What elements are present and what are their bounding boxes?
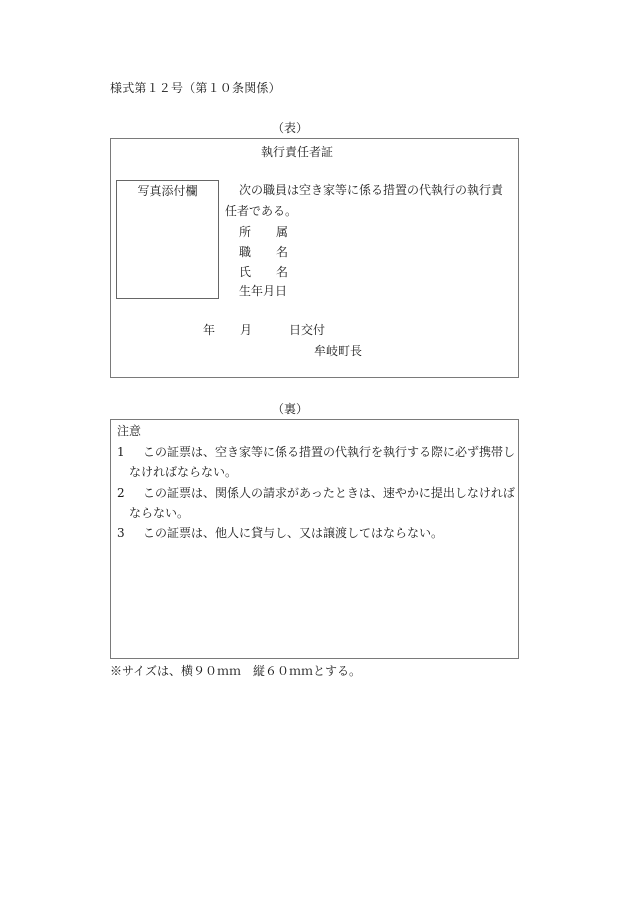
note-number: 2 [117, 487, 143, 499]
field-label-char: 氏 [239, 266, 255, 278]
note-item-2: 2この証票は、関係人の請求があったときは、速やかに提出しなければ [117, 487, 515, 499]
field-label-char: 職 [239, 246, 255, 258]
note-text: この証票は、空き家等に係る措置の代執行を執行する際に必ず携帯し [143, 445, 515, 459]
field-name: 氏名 [239, 266, 288, 278]
issuer: 牟岐町長 [314, 345, 362, 357]
form-title: 様式第１２号（第１０条関係） [110, 82, 281, 94]
note-text: この証票は、他人に貸与し、又は譲渡してはならない。 [143, 526, 443, 540]
field-position: 職名 [239, 246, 288, 258]
note-number: 1 [117, 446, 143, 458]
front-side-label: （表） [272, 122, 308, 134]
field-label-char: 所 [239, 226, 255, 238]
back-side-label: （裏） [272, 403, 308, 415]
month-label: 月 [240, 324, 289, 336]
issue-date-line: 年月日交付 [203, 324, 325, 336]
size-footnote: ※サイズは、横９０ｍｍ 縦６０ｍｍとする。 [110, 665, 361, 677]
note-number: 3 [117, 527, 143, 539]
card-back: 注意 1この証票は、空き家等に係る措置の代執行を執行する際に必ず携帯し なければ… [110, 419, 519, 659]
note-item-1-cont: なければならない。 [129, 466, 237, 478]
statement-line-2: 任者である。 [225, 205, 297, 217]
note-item-1: 1この証票は、空き家等に係る措置の代執行を執行する際に必ず携帯し [117, 446, 515, 458]
photo-label: 写真添付欄 [117, 185, 218, 197]
field-label-char: 名 [276, 245, 288, 259]
field-label-char: 属 [276, 225, 288, 239]
field-birthdate: 生年月日 [239, 285, 287, 297]
notes-heading: 注意 [117, 425, 141, 437]
photo-attachment-box: 写真添付欄 [116, 180, 219, 299]
day-issued-label: 日交付 [289, 324, 325, 336]
note-item-3: 3この証票は、他人に貸与し、又は譲渡してはならない。 [117, 527, 443, 539]
statement-line-1: 次の職員は空き家等に係る措置の代執行の執行責 [239, 184, 503, 196]
note-text: この証票は、関係人の請求があったときは、速やかに提出しなければ [143, 486, 515, 500]
note-item-2-cont: ならない。 [129, 507, 189, 519]
card-front: 執行責任者証 写真添付欄 次の職員は空き家等に係る措置の代執行の執行責 任者であ… [110, 138, 519, 378]
field-affiliation: 所属 [239, 226, 288, 238]
year-label: 年 [203, 324, 240, 336]
card-title: 執行責任者証 [261, 146, 333, 158]
field-label-char: 名 [276, 265, 288, 279]
field-label: 生年月日 [239, 284, 287, 298]
